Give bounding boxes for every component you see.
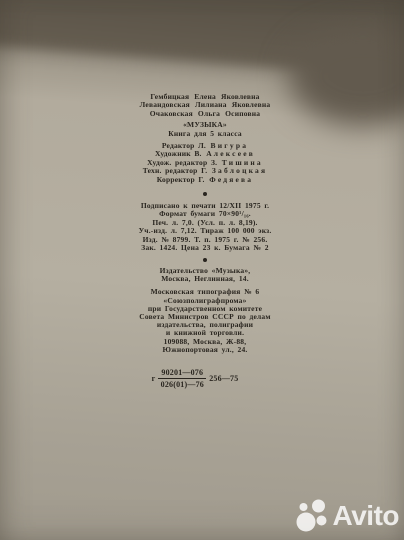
- print-info-block: Подписано к печати 12/XII 1975 г. Формат…: [92, 202, 318, 252]
- formula-fraction: 90201—076 026(01)—76: [158, 368, 206, 389]
- staff-block: Редактор Л. Вигура Художник В. Алексеев …: [92, 142, 318, 184]
- separator-dot: [203, 192, 207, 196]
- publisher-block: Издательство «Музыка», Москва, Неглинная…: [92, 267, 318, 284]
- formula-prefix: г: [152, 374, 156, 383]
- book-page-photo: Гембицкая Елена Яковлевна Левандовская Л…: [0, 0, 404, 540]
- print-info-line: Зак. 1424. Цена 23 к. Бумага № 2: [92, 244, 318, 252]
- staff-surname: Заблоцкая: [212, 166, 267, 175]
- printing-house-block: Московская типография № 6 «Союзполиграфп…: [92, 288, 318, 354]
- authors-block: Гембицкая Елена Яковлевна Левандовская Л…: [92, 93, 318, 118]
- formula-denominator: 026(01)—76: [158, 379, 206, 389]
- title-block: «МУЗЫКА» Книга для 5 класса: [92, 121, 318, 138]
- avito-logo-icon: [296, 499, 330, 533]
- avito-brand-text: Avito: [333, 502, 399, 530]
- book-index-formula: г 90201—076 026(01)—76 256—75: [92, 368, 298, 389]
- staff-role: Корректор Г.: [157, 175, 205, 184]
- book-subtitle: Книга для 5 класса: [92, 130, 318, 138]
- publisher-line: Москва, Неглинная, 14.: [92, 275, 318, 283]
- separator-dot: [203, 258, 207, 262]
- imprint-text-block: Гембицкая Елена Яковлевна Левандовская Л…: [92, 93, 318, 389]
- author-line: Очаковская Ольга Осиповна: [92, 110, 318, 118]
- formula-numerator: 90201—076: [158, 368, 206, 379]
- staff-line: Корректор Г. Федяева: [92, 176, 318, 184]
- staff-surname: Федяева: [209, 175, 253, 184]
- printing-house-line: Южнопортовая ул., 24.: [92, 346, 318, 354]
- formula-suffix: 256—75: [209, 374, 238, 383]
- avito-watermark: Avito: [296, 499, 399, 533]
- staff-line: Редактор Л. Вигура: [92, 142, 318, 150]
